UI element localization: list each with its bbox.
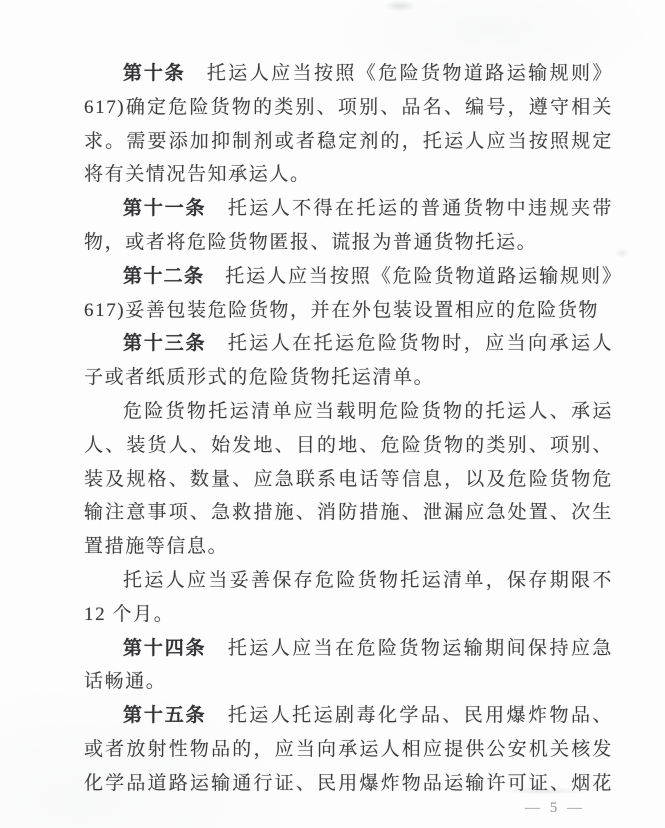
text-line: 置措施等信息。 [84, 530, 613, 564]
line-text: 输注意事项、急救措施、消防措施、泄漏应急处置、次生环境污染处 [84, 502, 613, 530]
document-page: 第十条 托运人应当按照《危险货物道路运输规则》(JT/T617)确定危险货物的类… [0, 0, 665, 828]
line-text: 话畅通。 [84, 671, 166, 692]
article-heading-line: 第十五条 托运人托运剧毒化学品、民用爆炸物品、烟花爆竹 [84, 699, 613, 733]
line-text: 617)确定危险货物的类别、项别、品名、编号，遵守相关特殊规定要 [84, 97, 613, 125]
text-line: 人、装货人、始发地、目的地、危险货物的类别、项别、品名、编号、包 [84, 429, 613, 463]
line-text: 将有关情况告知承运人。 [84, 164, 311, 185]
line-text: 求。需要添加抑制剂或者稳定剂的，托运人应当按照规定添加，并 [84, 131, 613, 159]
text-line: 子或者纸质形式的危险货物托运清单。 [84, 361, 613, 395]
line-text: 装及规格、数量、应急联系电话等信息，以及危险货物危险特性、运 [84, 469, 613, 497]
text-line: 托运人应当妥善保存危险货物托运清单，保存期限不得少于 [84, 564, 613, 598]
article-number: 第十三条 [123, 333, 206, 354]
line-text: 置措施等信息。 [84, 536, 228, 557]
line-text: 12 个月。 [84, 604, 174, 625]
line-text: 托运人应当妥善保存危险货物托运清单，保存期限不得少于 [84, 570, 613, 598]
article-number: 第十二条 [123, 266, 204, 287]
text-line: 物，或者将危险货物匿报、谎报为普通货物托运。 [84, 226, 613, 260]
article-heading-line: 第十四条 托运人应当在危险货物运输期间保持应急联系电 [84, 632, 613, 666]
text-line: 输注意事项、急救措施、消防措施、泄漏应急处置、次生环境污染处 [84, 496, 613, 530]
text-line: 话畅通。 [84, 665, 613, 699]
line-text: 或者放射性物品的，应当向承运人相应提供公安机关核发的剧毒 [84, 739, 613, 767]
line-text: 人、装货人、始发地、目的地、危险货物的类别、项别、品名、编号、包 [84, 435, 613, 463]
text-line: 将有关情况告知承运人。 [84, 158, 613, 192]
text-line: 617)确定危险货物的类别、项别、品名、编号，遵守相关特殊规定要 [84, 91, 613, 125]
text-line: 求。需要添加抑制剂或者稳定剂的，托运人应当按照规定添加，并 [84, 125, 613, 159]
article-number: 第十四条 [123, 638, 206, 659]
article-number: 第十五条 [123, 705, 206, 726]
article-number: 第十一条 [123, 198, 206, 219]
line-text: 物，或者将危险货物匿报、谎报为普通货物托运。 [84, 232, 537, 253]
text-line: 或者放射性物品的，应当向承运人相应提供公安机关核发的剧毒 [84, 733, 613, 767]
article-number: 第十条 [123, 63, 185, 84]
text-line: 危险货物托运清单应当载明危险货物的托运人、承运人、收货 [84, 395, 613, 429]
text-line: 617)妥善包装危险货物，并在外包装设置相应的危险货物标志。 [84, 294, 613, 328]
article-heading-line: 第十一条 托运人不得在托运的普通货物中违规夹带危险货 [84, 192, 613, 226]
document-body: 第十条 托运人应当按照《危险货物道路运输规则》(JT/T617)确定危险货物的类… [84, 57, 613, 801]
text-line: 化学品道路运输通行证、民用爆炸物品运输许可证、烟花爆竹道路 [84, 767, 613, 801]
page-number: — 5 — [515, 798, 595, 818]
line-text: 化学品道路运输通行证、民用爆炸物品运输许可证、烟花爆竹道路 [84, 773, 613, 801]
line-text: 危险货物托运清单应当载明危险货物的托运人、承运人、收货 [84, 401, 613, 429]
article-heading-line: 第十二条 托运人应当按照《危险货物道路运输规则》(JT/T [84, 260, 613, 294]
article-heading-line: 第十条 托运人应当按照《危险货物道路运输规则》(JT/T [84, 57, 613, 91]
text-line: 装及规格、数量、应急联系电话等信息，以及危险货物危险特性、运 [84, 463, 613, 497]
text-line: 12 个月。 [84, 598, 613, 632]
line-text: 617)妥善包装危险货物，并在外包装设置相应的危险货物标志。 [84, 300, 599, 328]
line-text: 子或者纸质形式的危险货物托运清单。 [84, 367, 434, 388]
article-heading-line: 第十三条 托运人在托运危险货物时，应当向承运人提交电 [84, 327, 613, 361]
